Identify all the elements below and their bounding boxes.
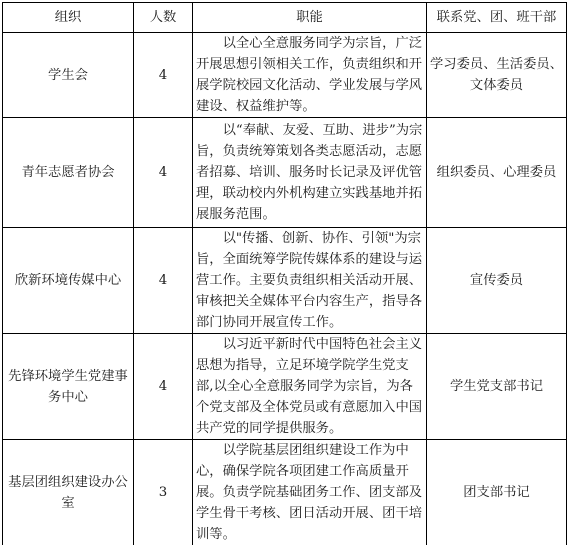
member-count-cell: 4: [134, 33, 193, 118]
header-cell-contact: 联系党、团、班干部: [427, 3, 567, 33]
header-cell-count: 人数: [134, 3, 193, 33]
org-name-cell: 青年志愿者协会: [3, 118, 134, 228]
duty-cell: 以习近平新时代中国特色社会主义思想为指导，立足环境学院学生党支部,以全心全意服务…: [193, 334, 427, 440]
contact-cell: 团支部书记: [427, 440, 567, 545]
org-name-cell: 学生会: [3, 33, 134, 118]
member-count-cell: 3: [134, 440, 193, 545]
duty-cell: 以全心全意服务同学为宗旨，广泛开展思想引领相关工作，负责组织和开展学院校园文化活…: [193, 33, 427, 118]
duty-cell: 以“奉献、友爱、互助、进步”为宗旨，负责统筹策划各类志愿活动，志愿者招募、培训、…: [193, 118, 427, 228]
member-count-cell: 4: [134, 334, 193, 440]
table-row: 学生会 4 以全心全意服务同学为宗旨，广泛开展思想引领相关工作，负责组织和开展学…: [3, 33, 567, 118]
contact-cell: 学生党支部书记: [427, 334, 567, 440]
header-cell-duty: 职能: [193, 3, 427, 33]
org-name-cell: 先锋环境学生党建事务中心: [3, 334, 134, 440]
contact-cell: 学习委员、生活委员、文体委员: [427, 33, 567, 118]
duty-cell: 以"传播、创新、协作、引领"为宗旨，全面统筹学院传媒体系的建设与运营工作。主要负…: [193, 228, 427, 334]
member-count-cell: 4: [134, 118, 193, 228]
table-row: 欣新环境传媒中心 4 以"传播、创新、协作、引领"为宗旨，全面统筹学院传媒体系的…: [3, 228, 567, 334]
header-row: 组织 人数 职能 联系党、团、班干部: [3, 3, 567, 33]
table-row: 基层团组织建设办公室 3 以学院基层团组织建设工作为中心，确保学院各项团建工作高…: [3, 440, 567, 545]
contact-cell: 宣传委员: [427, 228, 567, 334]
org-name-cell: 欣新环境传媒中心: [3, 228, 134, 334]
duty-cell: 以学院基层团组织建设工作为中心，确保学院各项团建工作高质量开展。负责学院基础团务…: [193, 440, 427, 545]
table-row: 先锋环境学生党建事务中心 4 以习近平新时代中国特色社会主义思想为指导，立足环境…: [3, 334, 567, 440]
contact-cell: 组织委员、心理委员: [427, 118, 567, 228]
table-row: 青年志愿者协会 4 以“奉献、友爱、互助、进步”为宗旨，负责统筹策划各类志愿活动…: [3, 118, 567, 228]
org-structure-table: 组织 人数 职能 联系党、团、班干部 学生会 4 以全心全意服务同学为宗旨，广泛…: [2, 2, 567, 545]
member-count-cell: 4: [134, 228, 193, 334]
org-name-cell: 基层团组织建设办公室: [3, 440, 134, 545]
header-cell-org: 组织: [3, 3, 134, 33]
